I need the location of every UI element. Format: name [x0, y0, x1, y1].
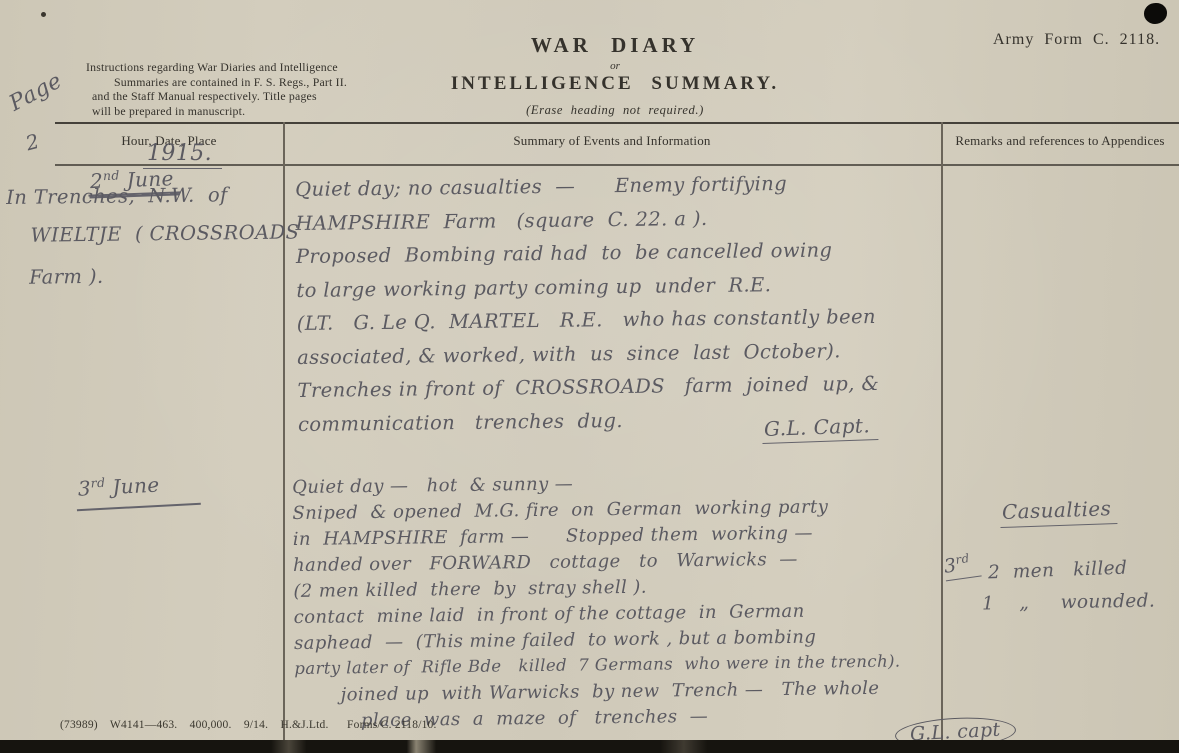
entry-day-suffix: nd [103, 167, 120, 183]
table-top-rule [55, 122, 1179, 124]
year-note: 1915. [143, 141, 222, 169]
place-line: In Trenches, N.W. of [6, 182, 299, 224]
remarks-line: 1 „ wounded. [982, 590, 1156, 614]
scan-edge-strip [0, 740, 1179, 753]
remarks-date: 3rd [942, 550, 982, 582]
form-or: or [440, 60, 790, 72]
remarks-day-suffix: rd [955, 551, 971, 567]
entry-place: In Trenches, N.W. of WIELTJE ( CROSSROAD… [6, 182, 300, 289]
entry-date: 3rd June [75, 470, 200, 511]
instructions-line: Instructions regarding War Diaries and I… [86, 60, 376, 75]
column-header-remarks: Remarks and references to Appendices [941, 133, 1179, 149]
army-form-number: Army Form C. 2118. [993, 31, 1160, 49]
printers-imprint: (73989) W4141—463. 400,000. 9/14. H.&J.L… [60, 719, 437, 731]
entry-month: June [112, 473, 160, 499]
page-number: 2 [23, 129, 42, 156]
instructions-line: will be prepared in manuscript. [86, 104, 376, 119]
instructions-line: and the Staff Manual respectively. Title… [86, 89, 376, 104]
column-header-summary: Summary of Events and Information [283, 133, 941, 149]
form-subtitle: INTELLIGENCE SUMMARY. [440, 73, 790, 95]
place-line: WIELTJE ( CROSSROADS [6, 220, 299, 266]
page-label: Page [5, 68, 66, 116]
form-title: WAR DIARY [440, 33, 790, 58]
war-diary-page: Army Form C. 2118. Instructions regardin… [0, 0, 1179, 753]
entry-summary: Quiet day; no casualties — Enemy fortify… [295, 170, 943, 446]
place-line: Farm ). [7, 262, 300, 289]
instructions-line: Summaries are contained in F. S. Regs., … [86, 75, 376, 90]
entry-day-suffix: rd [90, 475, 105, 491]
ink-speck [41, 12, 46, 17]
hole-punch-icon [1144, 3, 1167, 24]
instructions-block: Instructions regarding War Diaries and I… [86, 60, 376, 118]
erase-note: (Erase heading not required.) [440, 103, 790, 118]
form-heading: WAR DIARY or INTELLIGENCE SUMMARY. (Eras… [440, 33, 790, 118]
table-header-rule [55, 164, 1179, 166]
remarks-heading: Casualties [1000, 496, 1118, 528]
signature: G.L. Capt. [762, 413, 879, 444]
